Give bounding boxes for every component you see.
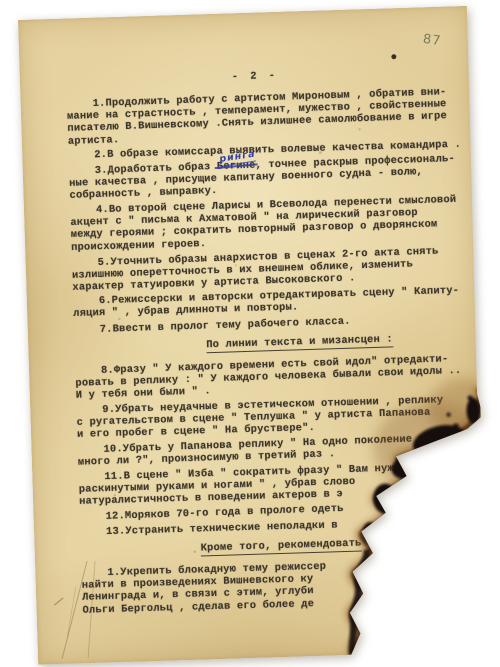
- struck-word: Бегинеринга: [217, 160, 256, 173]
- paragraph: 4.Во второй сцене Ларисы и Всеволода пер…: [70, 194, 449, 254]
- paragraph: 1.Продолжить работу с артистом Мироновым…: [66, 86, 445, 147]
- section-heading: По линии текста и мизансцен :: [206, 333, 393, 353]
- scan-background: - 2 -1.Продолжить работу с артистом Миро…: [0, 0, 500, 667]
- section-heading: Кроме того, рекомендовать: [200, 537, 361, 556]
- paragraph: 1.Укрепить блокадную тему режиссернайти …: [81, 557, 460, 617]
- typed-content: - 2 -1.Продолжить работу с артистом Миро…: [18, 6, 487, 622]
- paper-shadow: - 2 -1.Продолжить работу с артистом Миро…: [0, 0, 500, 667]
- page-label-pencil: 87: [422, 32, 442, 49]
- page-number: - 2 -: [66, 65, 444, 89]
- document-page: - 2 -1.Продолжить работу с артистом Миро…: [18, 6, 488, 665]
- paragraph: 11.В сцене " Изба " сократить фразу " Ва…: [78, 461, 457, 508]
